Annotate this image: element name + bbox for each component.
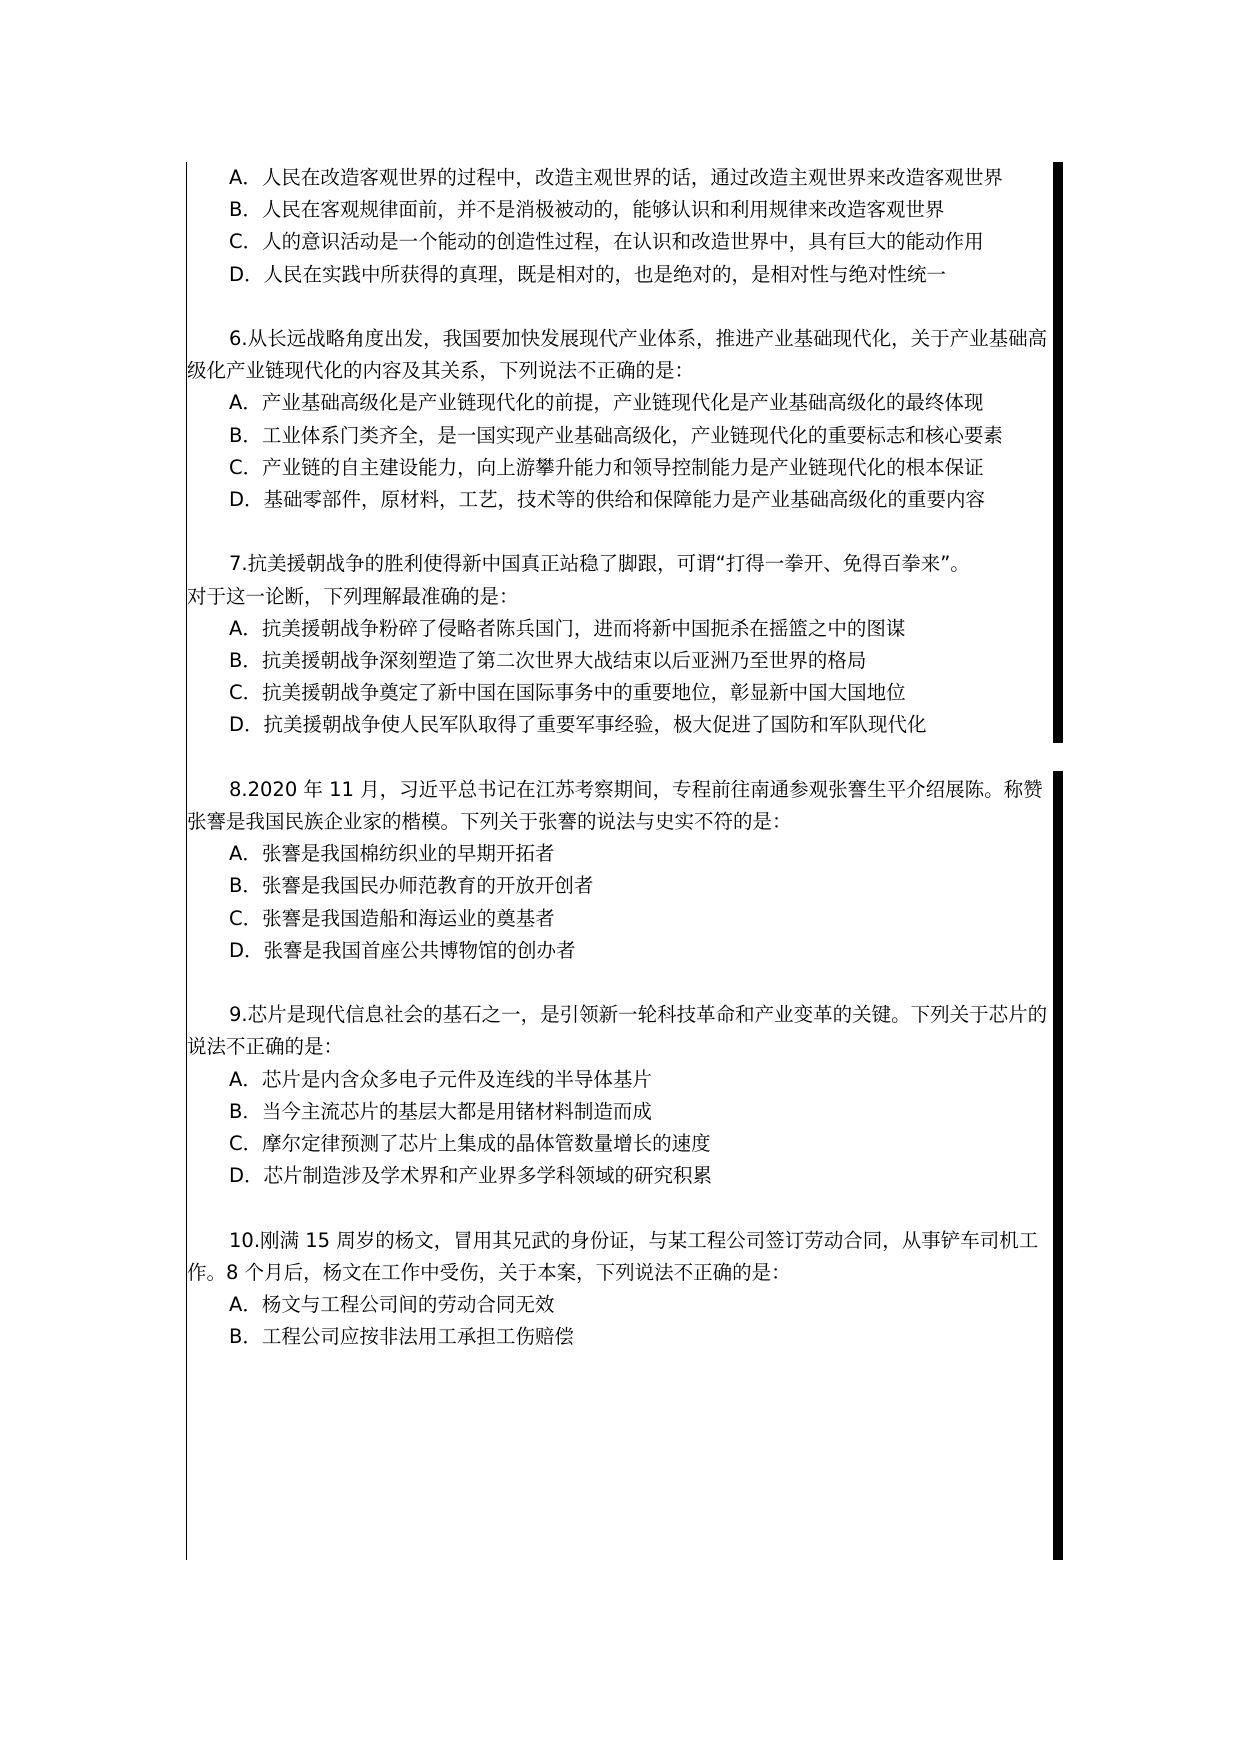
question-5-options: A．人民在改造客观世界的过程中，改造主观世界的话，通过改造主观世界来改造客观世界…: [187, 162, 1053, 291]
option-a: A．芯片是内含众多电子元件及连线的半导体基片: [187, 1064, 1053, 1096]
document-page: A．人民在改造客观世界的过程中，改造主观世界的话，通过改造主观世界来改造客观世界…: [0, 0, 1240, 1754]
option-a: A．抗美援朝战争粉碎了侵略者陈兵国门，进而将新中国扼杀在摇篮之中的图谋: [187, 613, 1053, 645]
question-8: 8.2020 年 11 月，习近平总书记在江苏考察期间，专程前往南通参观张謇生平…: [187, 774, 1053, 967]
question-stem: 10.刚满 15 周岁的杨文，冒用其兄武的身份证，与某工程公司签订劳动合同，从事…: [187, 1225, 1053, 1289]
option-c: C．摩尔定律预测了芯片上集成的晶体管数量增长的速度: [187, 1128, 1053, 1160]
option-d: D．张謇是我国首座公共博物馆的创办者: [187, 935, 1053, 967]
question-stem: 9.芯片是现代信息社会的基石之一，是引领新一轮科技革命和产业变革的关键。下列关于…: [187, 999, 1053, 1063]
question-10: 10.刚满 15 周岁的杨文，冒用其兄武的身份证，与某工程公司签订劳动合同，从事…: [187, 1225, 1053, 1354]
question-stem-line-2: 对于这一论断，下列理解最准确的是：: [187, 581, 1053, 613]
option-c: C．产业链的自主建设能力，向上游攀升能力和领导控制能力是产业链现代化的根本保证: [187, 452, 1053, 484]
option-b: B．抗美援朝战争深刻塑造了第二次世界大战结束以后亚洲乃至世界的格局: [187, 645, 1053, 677]
option-b: B．工业体系门类齐全，是一国实现产业基础高级化，产业链现代化的重要标志和核心要素: [187, 420, 1053, 452]
spacer: [187, 742, 1053, 774]
option-b: B．张謇是我国民办师范教育的开放开创者: [187, 870, 1053, 902]
option-d: D．芯片制造涉及学术界和产业界多学科领域的研究积累: [187, 1160, 1053, 1192]
question-6: 6.从长远战略角度出发，我国要加快发展现代产业体系，推进产业基础现代化，关于产业…: [187, 323, 1053, 516]
option-d: D．抗美援朝战争使人民军队取得了重要军事经验，极大促进了国防和军队现代化: [187, 709, 1053, 741]
option-a: A．人民在改造客观世界的过程中，改造主观世界的话，通过改造主观世界来改造客观世界: [187, 162, 1053, 194]
option-a: A．张謇是我国棉纺织业的早期开拓者: [187, 838, 1053, 870]
option-a: A．杨文与工程公司间的劳动合同无效: [187, 1289, 1053, 1321]
spacer: [187, 291, 1053, 323]
question-stem-line-1: 7.抗美援朝战争的胜利使得新中国真正站稳了脚跟，可谓“打得一拳开、免得百拳来”。: [187, 548, 1053, 580]
document-content: A．人民在改造客观世界的过程中，改造主观世界的话，通过改造主观世界来改造客观世界…: [187, 162, 1053, 1353]
question-9: 9.芯片是现代信息社会的基石之一，是引领新一轮科技革命和产业变革的关键。下列关于…: [187, 999, 1053, 1192]
question-stem: 6.从长远战略角度出发，我国要加快发展现代产业体系，推进产业基础现代化，关于产业…: [187, 323, 1053, 387]
option-a: A．产业基础高级化是产业链现代化的前提，产业链现代化是产业基础高级化的最终体现: [187, 387, 1053, 419]
option-b: B．工程公司应按非法用工承担工伤赔偿: [187, 1321, 1053, 1353]
spacer: [187, 967, 1053, 999]
option-d: D．基础零部件，原材料，工艺，技术等的供给和保障能力是产业基础高级化的重要内容: [187, 484, 1053, 516]
right-bar-gap: [1053, 743, 1063, 771]
option-b: B．当今主流芯片的基层大都是用锗材料制造而成: [187, 1096, 1053, 1128]
question-7: 7.抗美援朝战争的胜利使得新中国真正站稳了脚跟，可谓“打得一拳开、免得百拳来”。…: [187, 548, 1053, 741]
option-c: C．抗美援朝战争奠定了新中国在国际事务中的重要地位，彰显新中国大国地位: [187, 677, 1053, 709]
option-d: D．人民在实践中所获得的真理，既是相对的，也是绝对的，是相对性与绝对性统一: [187, 259, 1053, 291]
right-black-bar: [1053, 162, 1063, 1560]
option-c: C．人的意识活动是一个能动的创造性过程，在认识和改造世界中，具有巨大的能动作用: [187, 226, 1053, 258]
option-c: C．张謇是我国造船和海运业的奠基者: [187, 903, 1053, 935]
spacer: [187, 516, 1053, 548]
option-b: B．人民在客观规律面前，并不是消极被动的，能够认识和利用规律来改造客观世界: [187, 194, 1053, 226]
question-stem: 8.2020 年 11 月，习近平总书记在江苏考察期间，专程前往南通参观张謇生平…: [187, 774, 1053, 838]
spacer: [187, 1192, 1053, 1224]
